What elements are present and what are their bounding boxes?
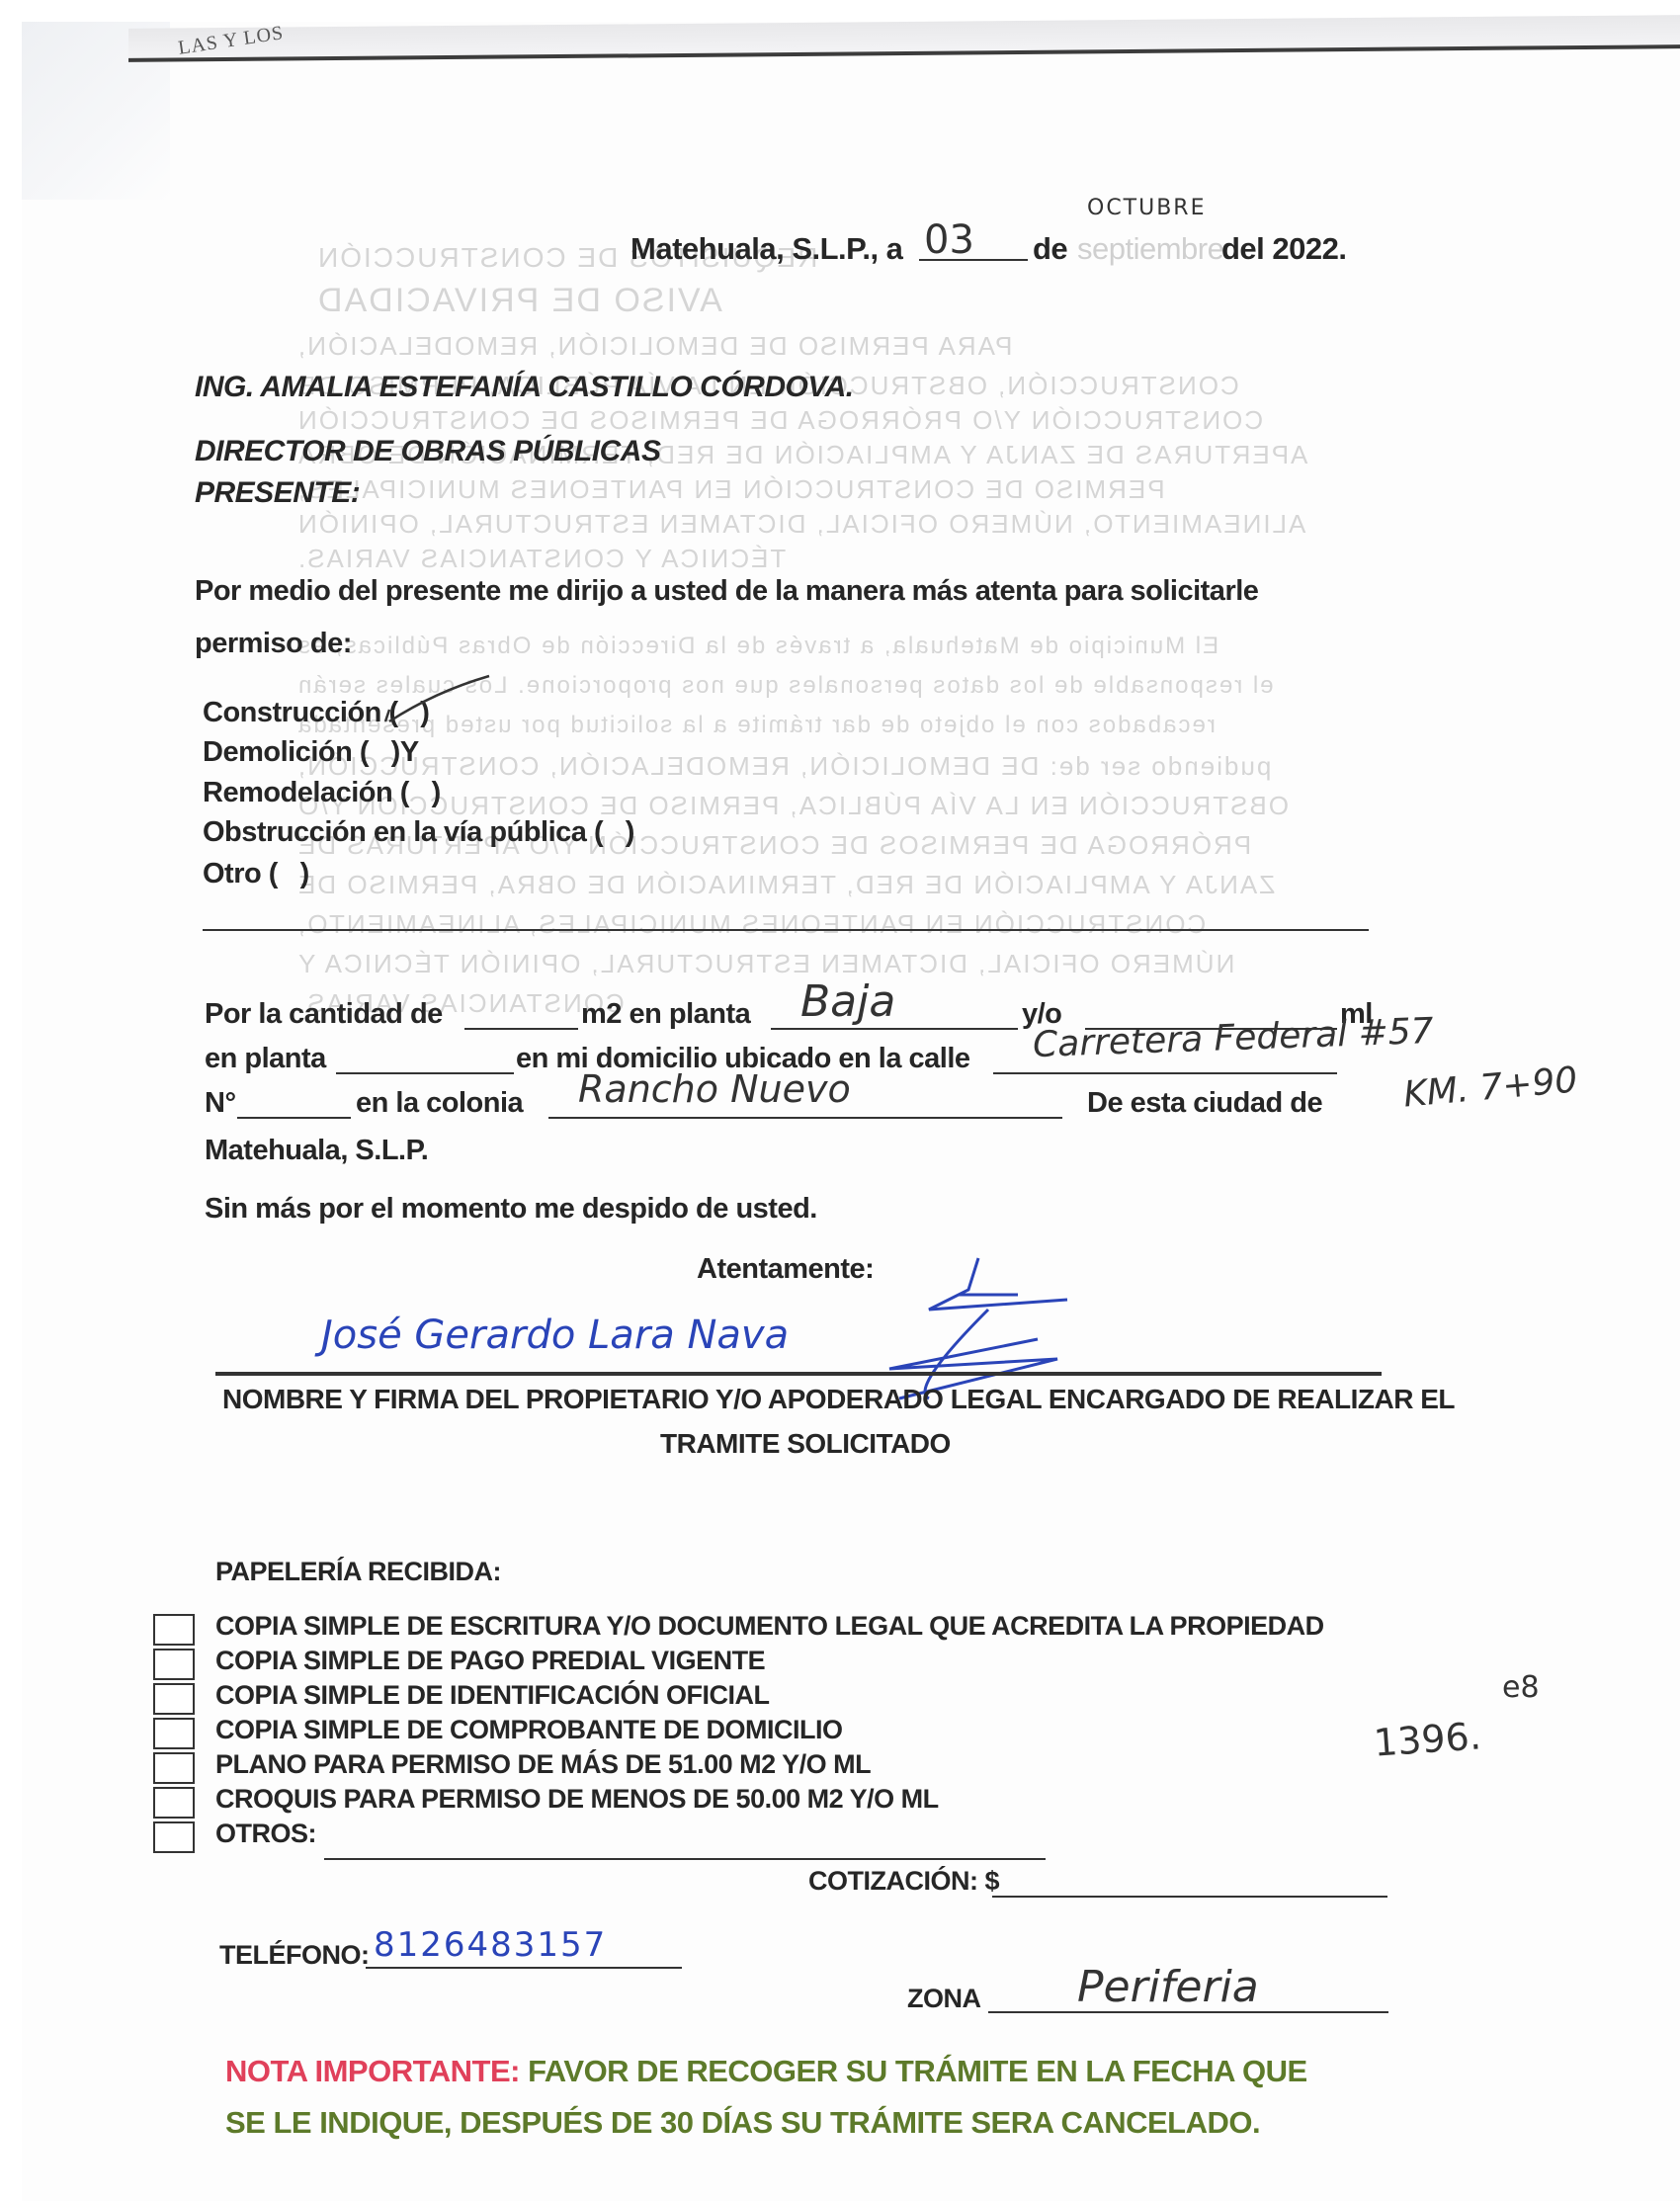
side-note-1: e8 [1502,1670,1540,1705]
papeleria-item-label: CROQUIS PARA PERMISO DE MENOS DE 50.00 M… [215,1784,939,1815]
papeleria-checkbox[interactable] [153,1683,195,1715]
calle-line [993,1072,1337,1074]
signature-caption-2: TRAMITE SOLICITADO [660,1428,951,1460]
ghost-line: TÉCNICA Y CONSTANCIAS VARIAS. [296,544,786,574]
signer-name[interactable]: José Gerardo Lara Nava [321,1312,789,1358]
planta-field[interactable]: Baja [800,976,895,1027]
telefono-field[interactable]: 8126483157 [374,1925,607,1965]
permit-type-item[interactable]: Obstrucción en la vía pública ( ) [203,816,634,849]
top-band-text: LAS Y LOS [177,22,286,60]
addressee-name: ING. AMALIA ESTEFANÍA CASTILLO CÓRDOVA. [195,371,854,404]
telefono-line [366,1967,682,1969]
papeleria-item-label: COPIA SIMPLE DE PAGO PREDIAL VIGENTE [215,1646,765,1676]
month-handwritten[interactable]: OCTUBRE [1087,196,1207,220]
papeleria-item-label: OTROS: [215,1819,316,1849]
ghost-line: ALINEAMIENTO, NÚMERO OFICIAL, DICTAMEN E… [296,509,1305,540]
place-prefix: Matehuala, S.L.P., a [630,231,902,267]
de-label: de [1033,231,1067,267]
papeleria-title: PAPELERÍA RECIBIDA: [215,1557,501,1587]
papeleria-checkbox[interactable] [153,1752,195,1784]
numero-field[interactable] [237,1117,351,1119]
signature-caption-1: NOMBRE Y FIRMA DEL PROPIETARIO Y/O APODE… [222,1384,1455,1415]
cantidad-field[interactable] [464,1028,578,1030]
ghost-line: CONSTRUCCIÓN Y/O PRÓRROGA DE PERMISOS DE… [296,405,1263,436]
otros-field[interactable] [324,1858,1046,1860]
nota-line-1: NOTA IMPORTANTE: FAVOR DE RECOGER SU TRÁ… [225,2054,1307,2089]
nota-label: NOTA IMPORTANTE: [225,2054,520,2088]
papeleria-item-label: COPIA SIMPLE DE IDENTIFICACIÓN OFICIAL [215,1680,770,1711]
permit-type-item[interactable]: Demolición ( )Y [203,736,419,769]
permit-type-label: Otro ( ) [203,858,309,889]
atentamente-label: Atentamente: [697,1253,874,1286]
ghost-line: CONSTRUCCIÓN EN PANTEONES MUNICIPALES, A… [296,909,1206,940]
check-mark-icon [376,672,494,731]
papeleria-checkbox[interactable] [153,1821,195,1853]
zona-field[interactable]: Periferia [1077,1962,1259,2012]
ghost-line: PERMISO DE CONSTRUCCIÓN EN PANTEONES MUN… [296,474,1165,505]
cantidad-label: Por la cantidad de [205,998,443,1031]
farewell-text: Sin más por el momento me despido de ust… [205,1193,817,1226]
papeleria-item-label: COPIA SIMPLE DE COMPROBANTE DE DOMICILIO [215,1715,843,1745]
papeleria-item-label: PLANO PARA PERMISO DE MÁS DE 51.00 M2 Y/… [215,1749,871,1780]
ghost-line: El Municipio de Matehuala, a través de l… [296,633,1218,660]
telefono-label: TELÉFONO: [219,1940,370,1971]
ghost-line: PARA PERMISO DE DEMOLICIÓN, REMODELACIÓN… [296,331,1012,362]
cotizacion-field[interactable] [992,1896,1387,1898]
numero-label: N° [205,1087,236,1120]
addressee-title: DIRECTOR DE OBRAS PÚBLICAS [195,435,660,468]
month-printed: septiembre [1077,231,1223,267]
en-planta-field[interactable] [336,1072,514,1074]
permit-type-item[interactable]: Otro ( ) [203,858,309,890]
day-field[interactable]: 03 [924,217,974,263]
colonia-field[interactable]: Rancho Nuevo [578,1067,851,1111]
side-note-2: 1396. [1373,1714,1483,1764]
ghost-line: AVISO DE PRIVACIDAD [316,282,722,320]
papeleria-checkbox[interactable] [153,1718,195,1749]
ciudad-label: De esta ciudad de [1087,1087,1322,1120]
otro-detail-line[interactable] [203,929,1369,931]
year-suffix: del 2022. [1221,231,1346,267]
m2-planta-label: m2 en planta [581,998,750,1031]
papeleria-checkbox[interactable] [153,1649,195,1680]
permit-type-label: Obstrucción en la vía pública ( ) [203,816,634,848]
presente-label: PRESENTE: [195,476,360,510]
papeleria-item-label: COPIA SIMPLE DE ESCRITURA Y/O DOCUMENTO … [215,1611,1324,1642]
en-planta-label: en planta [205,1043,326,1075]
permit-type-label: Demolición ( )Y [203,736,419,768]
nota-line-2: SE LE INDIQUE, DESPUÉS DE 30 DÍAS SU TRÁ… [225,2105,1260,2141]
colonia-line [548,1117,1062,1119]
papeleria-checkbox[interactable] [153,1614,195,1646]
cotizacion-label: COTIZACIÓN: $ [808,1866,999,1897]
colonia-label: en la colonia [356,1087,523,1120]
city-label: Matehuala, S.L.P. [205,1135,428,1167]
intro-line-1: Por medio del presente me dirijo a usted… [195,575,1258,608]
ghost-line: NÚMERO OFICIAL, DICTAMEN ESTRUCTURAL, OP… [296,949,1234,979]
planta-line [771,1028,1018,1030]
ghost-line: ZANJA Y AMPLIACIÓN DE RED, TERMINACIÓN D… [296,870,1275,900]
permit-type-item[interactable]: Remodelación ( ) [203,777,441,809]
permit-type-label: Remodelación ( ) [203,777,441,808]
signature-line[interactable] [215,1372,1382,1376]
papeleria-checkbox[interactable] [153,1787,195,1819]
zona-label: ZONA [907,1984,981,2014]
nota-text-1: FAVOR DE RECOGER SU TRÁMITE EN LA FECHA … [528,2054,1307,2088]
intro-line-2: permiso de: [195,628,352,660]
ghost-line: pudiendo ser de: DE DEMOLICIÓN, REMODELA… [296,751,1271,782]
